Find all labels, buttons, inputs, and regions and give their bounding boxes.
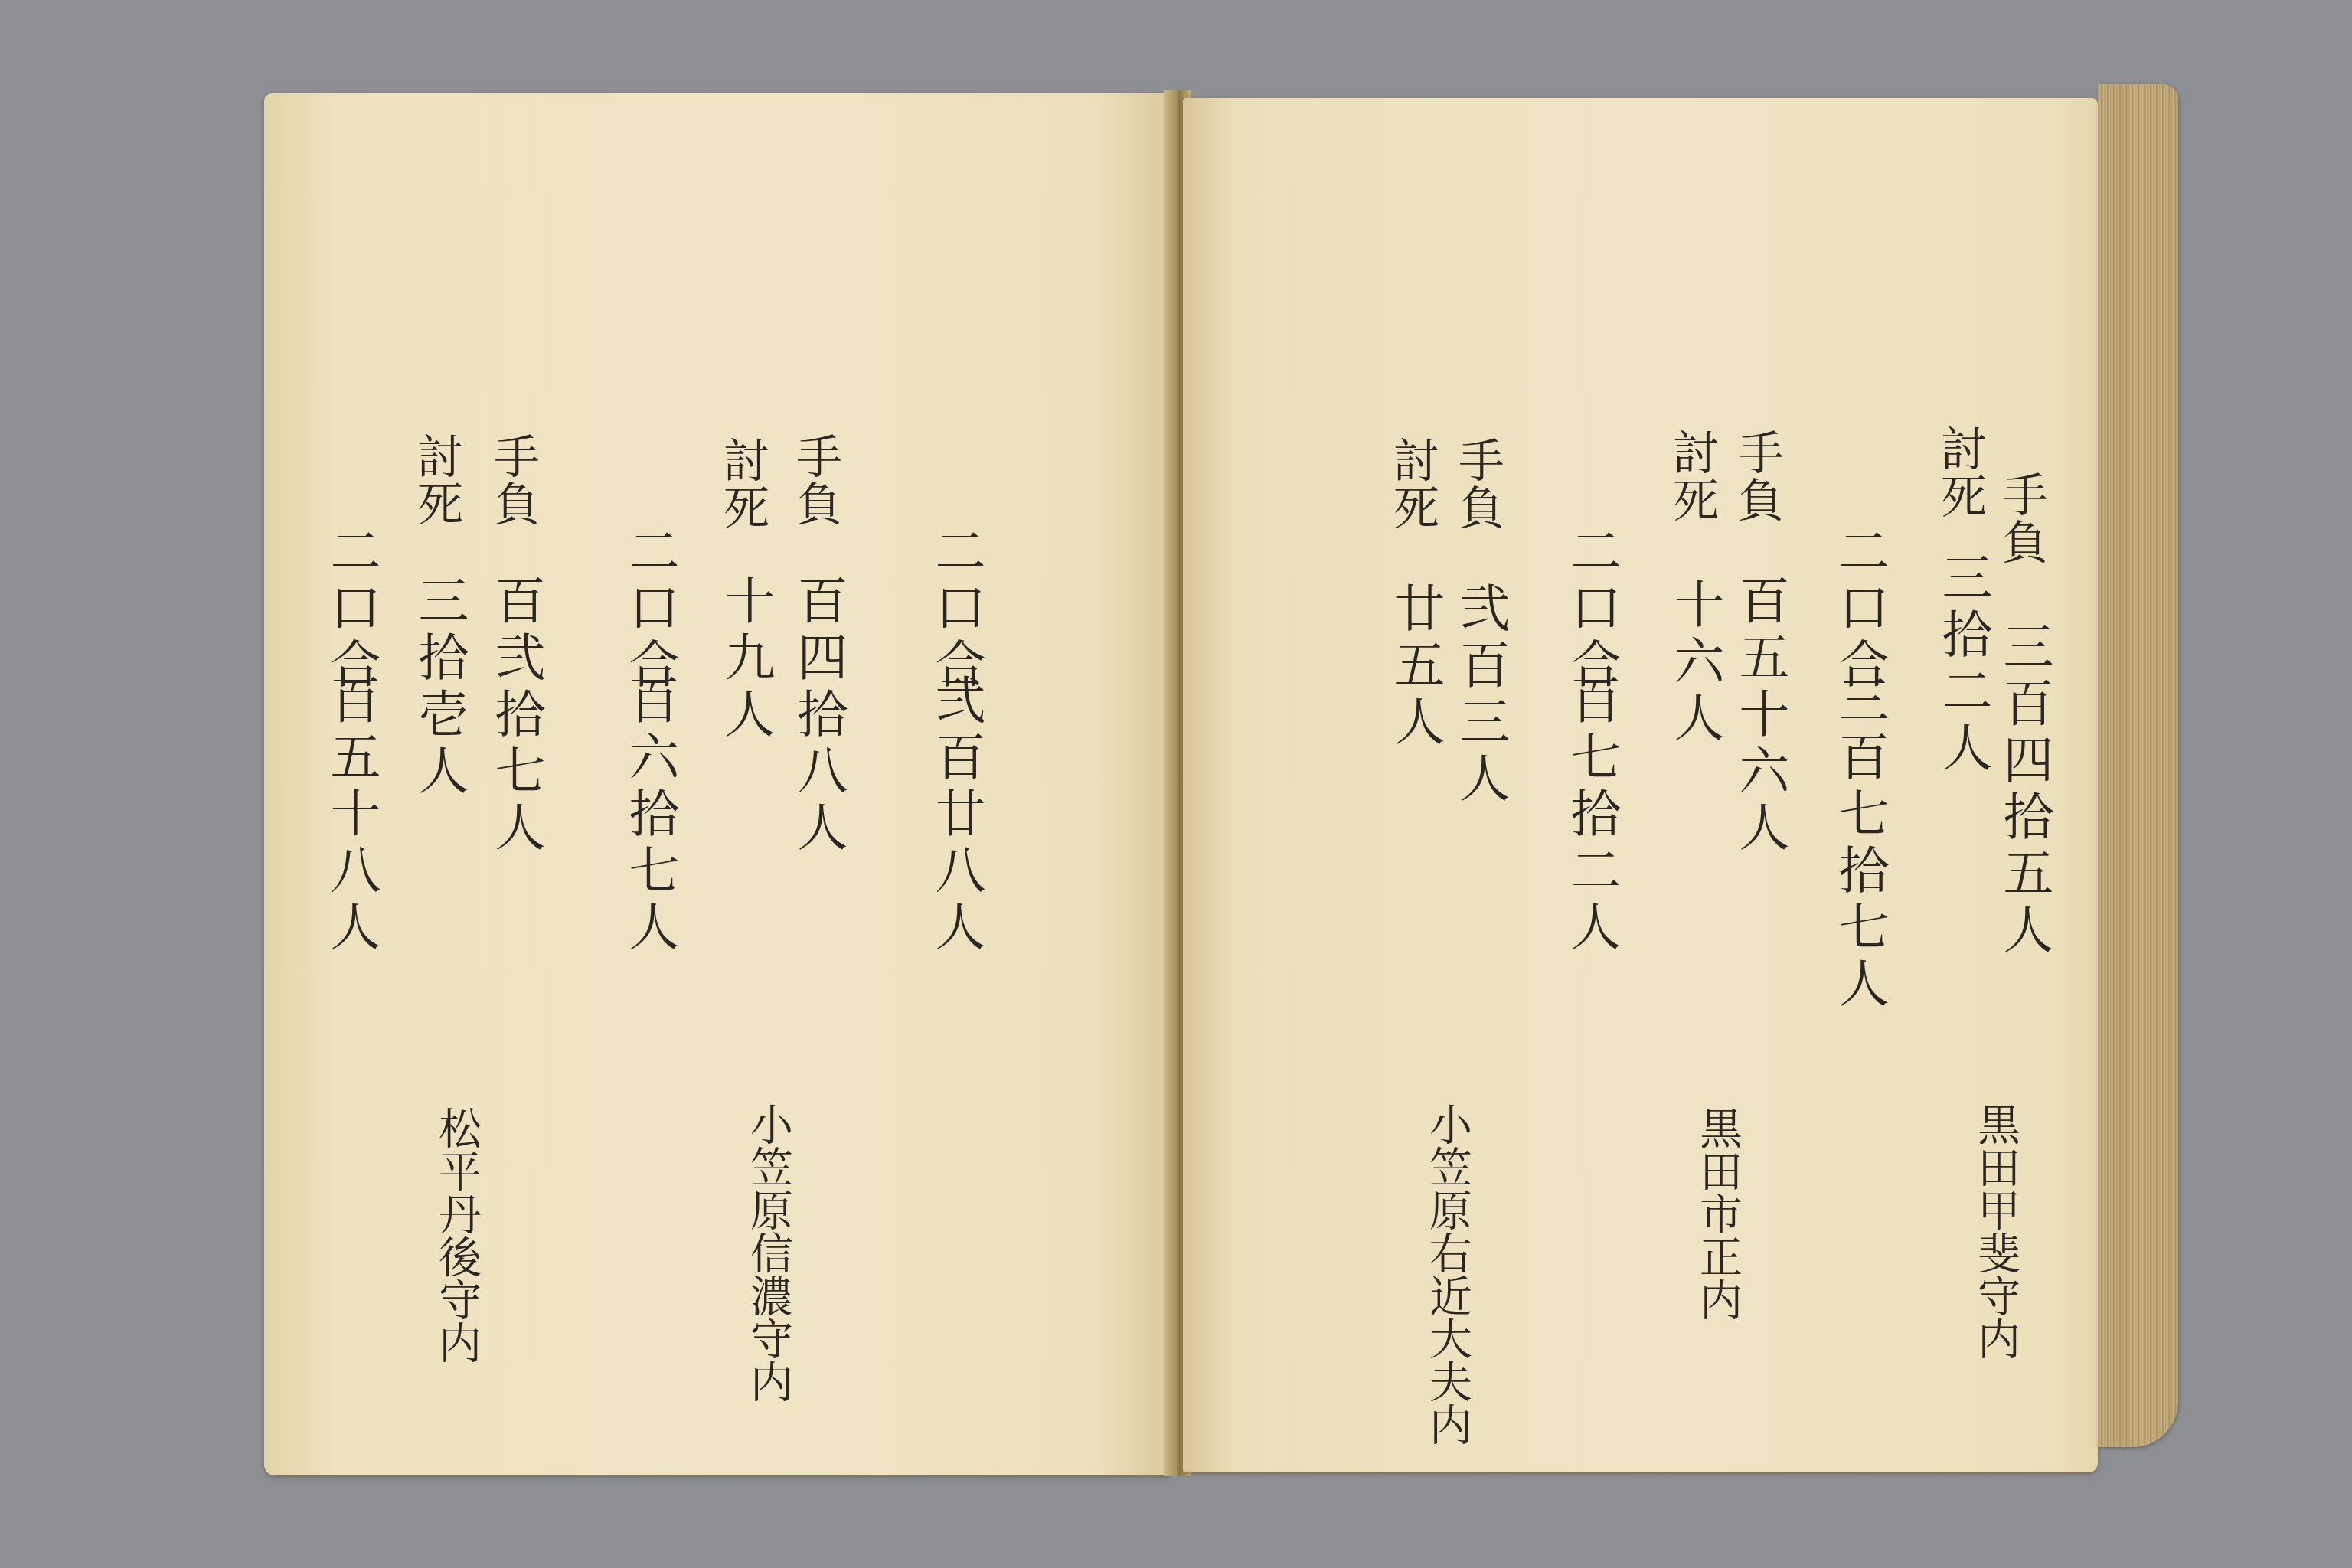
total-label: 二口合 <box>1566 524 1616 694</box>
attribution: 黒田市正内 <box>1696 1106 1739 1321</box>
total-count: 百六拾七人 <box>624 674 675 957</box>
killed-count: 廿五人 <box>1390 582 1440 752</box>
right-page <box>1183 98 2098 1472</box>
wounded-count: 三百四拾五人 <box>1998 620 2049 960</box>
killed-count: 三拾壱人 <box>413 574 464 801</box>
total-label: 二口合 <box>624 524 675 694</box>
attribution: 黒田甲斐守内 <box>1974 1102 2017 1360</box>
total-count: 弐百廿八人 <box>930 674 981 957</box>
wounded-label: 手負 <box>792 433 838 528</box>
wounded-count: 百五十六人 <box>1734 574 1785 857</box>
killed-label: 討死 <box>1669 429 1715 524</box>
open-book: 手負 三百四拾五人 討死 三拾二人 二口合 三百七拾七人 黒田甲斐守内 手負 百… <box>0 0 2352 1568</box>
total-label: 二口合 <box>930 524 981 694</box>
killed-label: 討死 <box>413 433 459 528</box>
total-count: 百五十八人 <box>325 674 376 957</box>
total-count: 三百七拾七人 <box>1834 674 1884 1014</box>
wounded-count: 百弐拾七人 <box>490 574 541 857</box>
page-edges <box>2098 84 2178 1447</box>
killed-label: 討死 <box>1390 436 1436 531</box>
attribution: 小笠原右近大夫内 <box>1426 1102 1468 1445</box>
left-page <box>264 93 1171 1475</box>
wounded-count: 弐百三人 <box>1455 582 1505 808</box>
wounded-label: 手負 <box>1734 429 1780 524</box>
total-count: 百七拾二人 <box>1566 674 1616 957</box>
killed-count: 十六人 <box>1669 578 1720 748</box>
killed-label: 討死 <box>720 436 766 531</box>
wounded-count: 百四拾八人 <box>792 574 843 857</box>
wounded-label: 手負 <box>1455 436 1501 531</box>
attribution: 小笠原信濃守内 <box>746 1102 789 1403</box>
total-label: 二口合 <box>1834 524 1884 694</box>
wounded-label: 手負 <box>1998 471 2044 566</box>
wounded-label: 手負 <box>490 433 536 528</box>
killed-count: 三拾二人 <box>1937 551 1988 778</box>
attribution: 松平丹後守内 <box>435 1106 478 1364</box>
killed-count: 十九人 <box>720 574 770 744</box>
killed-label: 討死 <box>1937 425 1983 520</box>
total-label: 二口合 <box>325 524 376 694</box>
